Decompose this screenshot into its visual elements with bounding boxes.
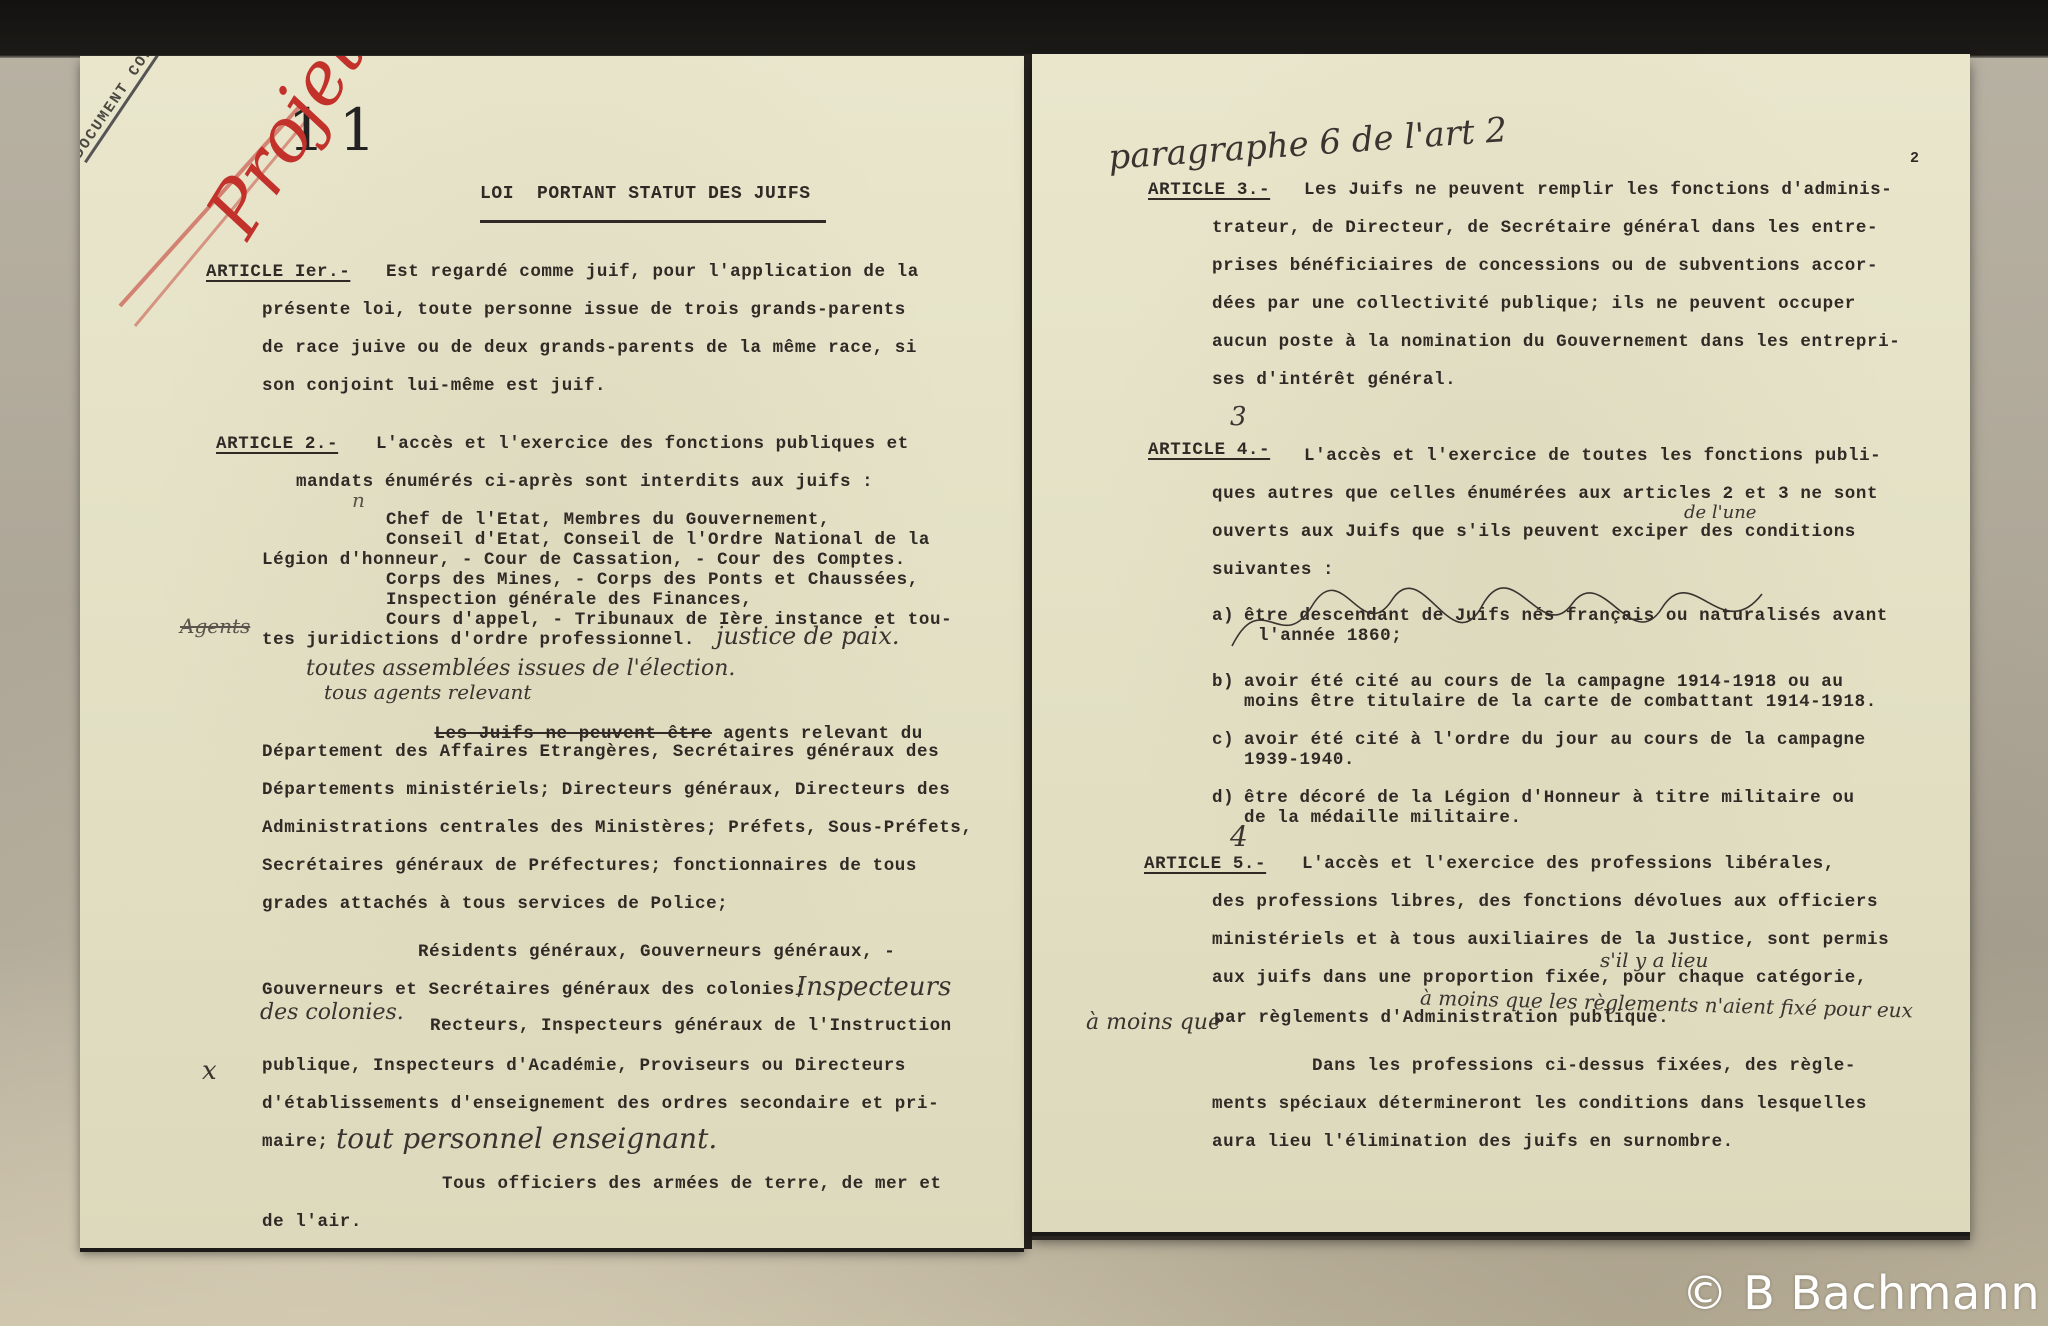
article-3-line: Les Juifs ne peuvent remplir les fonctio… — [1304, 180, 1892, 200]
handwritten-header-note: paragraphe 6 de l'art 2 — [1107, 110, 1508, 178]
condition-b-line: moins être titulaire de la carte de comb… — [1244, 692, 1877, 712]
note-inspecteurs: Inspecteurs — [796, 972, 951, 1002]
article-2-body-line: Secrétaires généraux de Préfectures; fon… — [262, 856, 917, 876]
article-3-heading: ARTICLE 3.- — [1148, 180, 1270, 200]
article-4-line: ouverts aux Juifs que s'ils peuvent exci… — [1212, 522, 1856, 542]
article-2-body-line: Départements ministériels; Directeurs gé… — [262, 780, 950, 800]
margin-note-agents: Agents — [180, 614, 250, 638]
condition-b-label: b) — [1212, 672, 1234, 692]
article-3-line: dées par une collectivité publique; ils … — [1212, 294, 1856, 314]
note-a-moins-que: à moins que — [1086, 1010, 1221, 1035]
condition-c-line: 1939-1940. — [1244, 750, 1355, 770]
document-page-2: paragraphe 6 de l'art 2 2 ARTICLE 3.- Le… — [1032, 54, 1970, 1232]
page-number: 2 — [1910, 150, 1920, 167]
agents-relevant-text: agents relevant du — [712, 724, 923, 744]
office-list-line: Corps des Mines, - Corps des Ponts et Ch… — [386, 570, 919, 590]
note-de-l-une: de l'une — [1684, 502, 1756, 523]
article-4-line: ques autres que celles énumérées aux art… — [1212, 484, 1878, 504]
recteurs-line: Recteurs, Inspecteurs généraux de l'Inst… — [430, 1016, 952, 1036]
article-2-body-line: Administrations centrales des Ministères… — [262, 818, 973, 838]
education-line: maire; — [262, 1132, 329, 1152]
article-1-line: son conjoint lui-même est juif. — [262, 376, 606, 396]
title-underline — [480, 220, 826, 223]
document-title: LOI PORTANT STATUT DES JUIFS — [480, 184, 811, 204]
office-list-line: Conseil d'Etat, Conseil de l'Ordre Natio… — [386, 530, 930, 550]
office-list-line: Chef de l'Etat, Membres du Gouvernement, — [386, 510, 830, 530]
note-tous-agents: tous agents relevant — [324, 680, 531, 704]
condition-c-label: c) — [1212, 730, 1234, 750]
condition-d-label: d) — [1212, 788, 1234, 808]
article-2-line: L'accès et l'exercice des fonctions publ… — [376, 434, 909, 454]
article-4-line: suivantes : — [1212, 560, 1334, 580]
article-5-paragraph-2: ments spéciaux détermineront les conditi… — [1212, 1094, 1867, 1114]
article-4-renumber: 3 — [1230, 402, 1247, 432]
article-3-line: prises bénéficiaires de concessions ou d… — [1212, 256, 1878, 276]
office-list-line: tes juridictions d'ordre professionnel. — [262, 630, 695, 650]
note-justice-de-paix: justice de paix. — [716, 622, 900, 650]
education-line: d'établissements d'enseignement des ordr… — [262, 1094, 939, 1114]
article-2-heading: ARTICLE 2.- — [216, 434, 338, 454]
article-2-body-line: grades attachés à tous services de Polic… — [262, 894, 728, 914]
note-assemblees: toutes assemblées issues de l'élection. — [306, 656, 735, 681]
article-5-line: ministériels et à tous auxiliaires de la… — [1212, 930, 1889, 950]
article-5-heading: ARTICLE 5.- — [1144, 854, 1266, 874]
article-2-line: mandats énumérés ci-après sont interdits… — [296, 472, 873, 492]
article-5-line: par règlements d'Administration publique… — [1214, 1008, 1669, 1028]
margin-cross: x — [202, 1056, 217, 1086]
note-personnel-enseignant: tout personnel enseignant. — [336, 1122, 717, 1155]
article-1-line: Est regardé comme juif, pour l'applicati… — [386, 262, 919, 282]
article-3-line: aucun poste à la nomination du Gouvernem… — [1212, 332, 1900, 352]
condition-b-line: avoir été cité au cours de la campagne 1… — [1244, 672, 1844, 692]
condition-c-line: avoir été cité à l'ordre du jour au cour… — [1244, 730, 1866, 750]
article-4-line: L'accès et l'exercice de toutes les fonc… — [1304, 446, 1881, 466]
article-3-line: ses d'intérêt général. — [1212, 370, 1456, 390]
article-4-heading: ARTICLE 4.- — [1148, 440, 1270, 460]
article-5-paragraph-2: Dans les professions ci-dessus fixées, d… — [1312, 1056, 1856, 1076]
education-line: publique, Inspecteurs d'Académie, Provis… — [262, 1056, 906, 1076]
document-page-1: DOCUMENT CONFIDENTIEL 11 Projet LOI PORT… — [80, 56, 1024, 1248]
article-5-line: aux juifs dans une proportion fixée, pou… — [1212, 968, 1867, 988]
crossed-out-scribble-icon — [1222, 586, 1782, 666]
page-gutter — [1024, 54, 1032, 1249]
article-1-heading: ARTICLE Ier.- — [206, 262, 350, 282]
office-list-line: Inspection générale des Finances, — [386, 590, 752, 610]
article-2-body-line: Département des Affaires Etrangères, Sec… — [262, 742, 939, 762]
gouverneurs-line: Gouverneurs et Secrétaires généraux des … — [262, 980, 806, 1000]
article-5-renumber: 4 — [1230, 820, 1248, 853]
article-5-line: L'accès et l'exercice des professions li… — [1302, 854, 1835, 874]
article-5-paragraph-2: aura lieu l'élimination des juifs en sur… — [1212, 1132, 1734, 1152]
condition-d-line: être décoré de la Légion d'Honneur à tit… — [1244, 788, 1855, 808]
article-5-line: des professions libres, des fonctions dé… — [1212, 892, 1878, 912]
article-3-line: trateur, de Directeur, de Secrétaire gén… — [1212, 218, 1878, 238]
officiers-line-end: de l'air. — [262, 1212, 362, 1232]
office-list-line: Légion d'honneur, - Cour de Cassation, -… — [262, 550, 906, 570]
note-des-colonies: des colonies. — [260, 1000, 404, 1025]
officiers-line: Tous officiers des armées de terre, de m… — [442, 1174, 942, 1194]
copyright-watermark: © B Bachmann — [1682, 1266, 2040, 1320]
condition-d-line: de la médaille militaire. — [1244, 808, 1522, 828]
article-1-line: de race juive ou de deux grands-parents … — [262, 338, 917, 358]
residents-line: Résidents généraux, Gouverneurs généraux… — [418, 942, 895, 962]
article-1-line: présente loi, toute personne issue de tr… — [262, 300, 906, 320]
handwritten-small-mark: n — [352, 488, 365, 512]
struck-text: Les Juifs ne peuvent être — [434, 724, 712, 744]
